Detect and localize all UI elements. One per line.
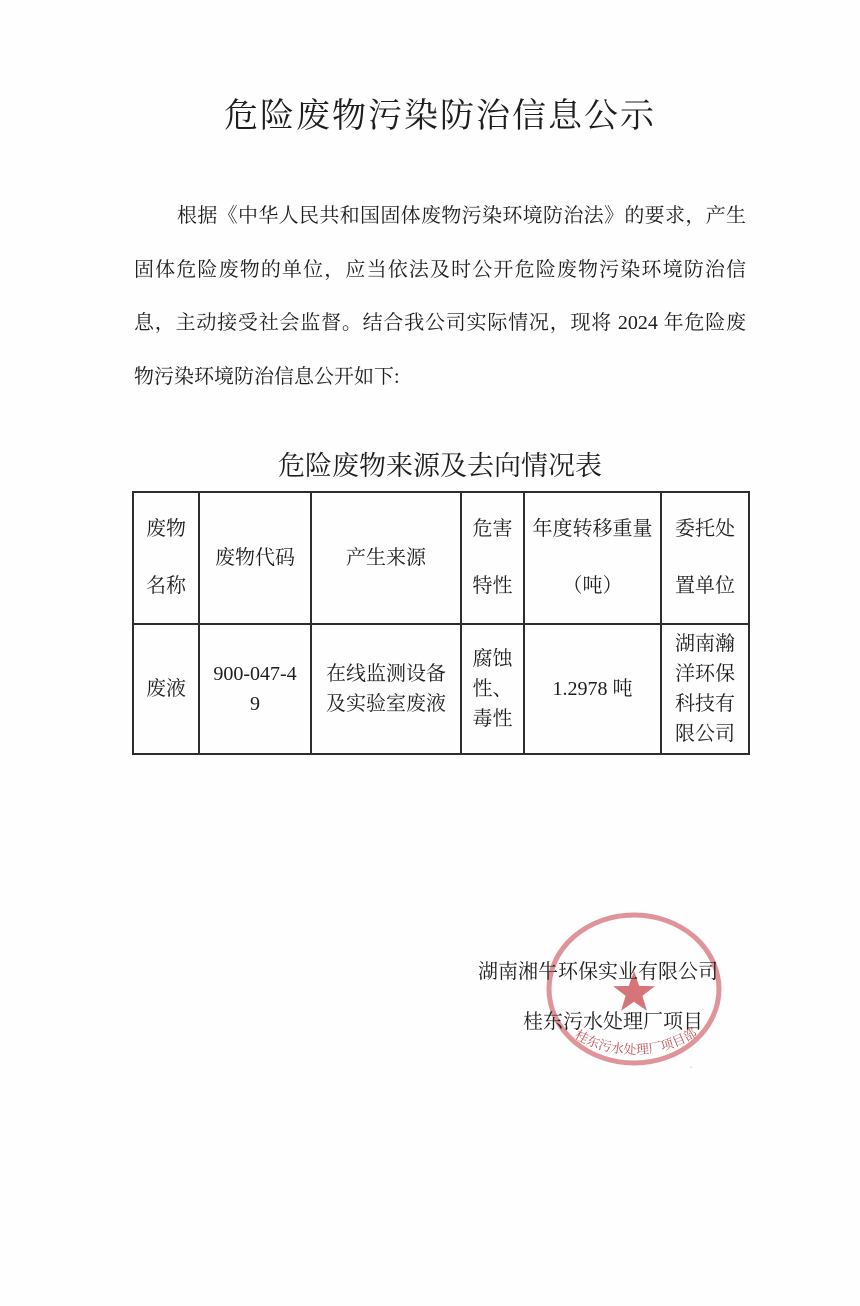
signature-project-line: 桂东污水处理厂项目 (523, 1007, 703, 1037)
signature-company-line: 湖南湘牛环保实业有限公司 (478, 957, 718, 987)
header-annual-weight: 年度转移重量（吨） (524, 492, 661, 624)
paragraph-line: 息，主动接受社会监督。结合我公司实际情况，现将 2024 年危险废 (134, 297, 746, 351)
cell-waste-code: 900-047-49 (199, 624, 311, 754)
header-waste-code: 废物代码 (199, 492, 311, 624)
table-header-row: 废物名称 废物代码 产生来源 危害特性 年度转移重量（吨） 委托处置单位 (133, 492, 749, 624)
cell-disposal-unit: 湖南瀚洋环保科技有限公司 (661, 624, 749, 754)
header-source: 产生来源 (311, 492, 461, 624)
waste-table: 废物名称 废物代码 产生来源 危害特性 年度转移重量（吨） 委托处置单位 废液 … (132, 491, 750, 755)
paragraph-line: 物污染环境防治信息公开如下: (134, 351, 746, 405)
document-page: 危险废物污染防治信息公示 根据《中华人民共和国固体废物污染环境防治法》的要求，产… (0, 0, 860, 1306)
table-row: 废液 900-047-49 在线监测设备及实验室废液 腐蚀性、毒性 1.2978… (133, 624, 749, 754)
page-title: 危险废物污染防治信息公示 (10, 88, 860, 137)
header-waste-name: 废物名称 (133, 492, 199, 624)
intro-paragraph: 根据《中华人民共和国固体废物污染环境防治法》的要求，产生 固体危险废物的单位，应… (134, 190, 746, 404)
header-hazard: 危害特性 (461, 492, 524, 624)
cell-source: 在线监测设备及实验室废液 (311, 624, 461, 754)
header-disposal-unit: 委托处置单位 (661, 492, 749, 624)
table-title: 危险废物来源及去向情况表 (132, 444, 748, 483)
paragraph-line: 根据《中华人民共和国固体废物污染环境防治法》的要求，产生 (134, 190, 746, 244)
cell-annual-weight: 1.2978 吨 (524, 624, 661, 754)
cell-hazard: 腐蚀性、毒性 (461, 624, 524, 754)
cell-waste-name: 废液 (133, 624, 199, 754)
company-seal-stamp: 湖南湘牛环保实业有限公司 桂东污水处理厂项目部 (542, 908, 726, 1068)
paragraph-line: 固体危险废物的单位，应当依法及时公开危险废物污染环境防治信 (134, 244, 746, 298)
